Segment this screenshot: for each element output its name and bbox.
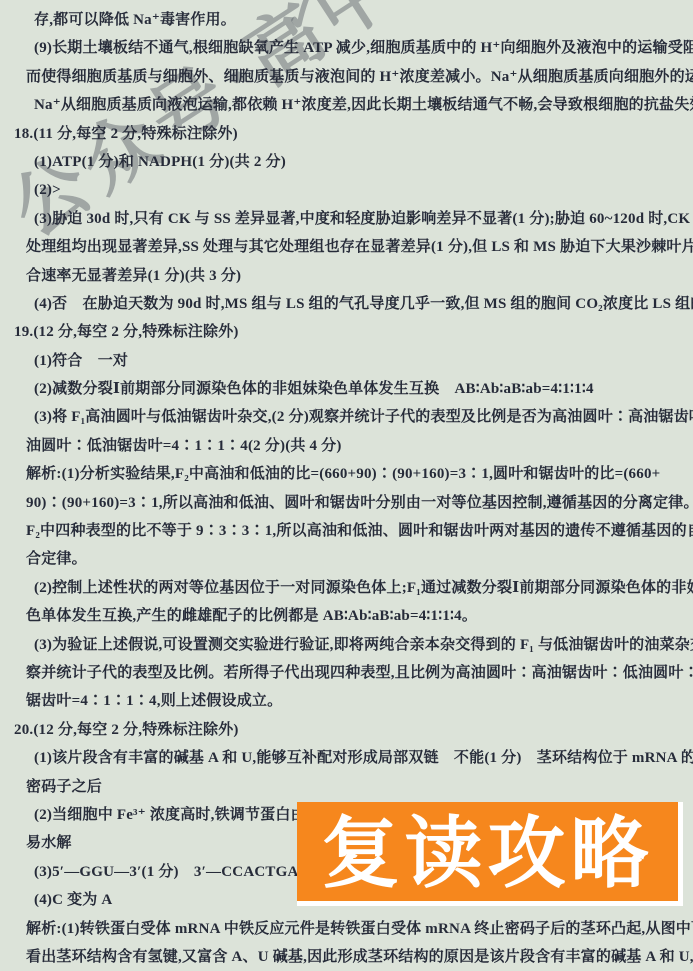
text-line: 20.(12 分,每空 2 分,特殊标注除外) (0, 716, 693, 744)
text-line: 油圆叶∶低油锯齿叶=4∶1∶1∶4(2 分)(共 4 分) (0, 432, 693, 460)
text-line: (1)符合 一对 (0, 347, 693, 375)
text-line: Na⁺从细胞质基质向液泡运输,都依赖 H⁺浓度差,因此长期土壤板结通气不畅,会导… (0, 91, 693, 119)
text-line: 色单体发生互换,产生的雌雄配子的比例都是 AB∶Ab∶aB∶ab=4∶1∶1∶4… (0, 602, 693, 630)
text-line: 19.(12 分,每空 2 分,特殊标注除外) (0, 318, 693, 346)
text-line: (2)减数分裂Ⅰ前期部分同源染色体的非姐妹染色单体发生互换 AB∶Ab∶aB∶a… (0, 375, 693, 403)
text-line: 而使得细胞质基质与细胞外、细胞质基质与液泡间的 H⁺浓度差减小。Na⁺从细胞质基… (0, 63, 693, 91)
text-line: 密码子之后 (0, 773, 693, 801)
text-line: (1)该片段含有丰富的碱基 A 和 U,能够互补配对形成局部双链 不能(1 分)… (0, 744, 693, 772)
text-line: (2)控制上述性状的两对等位基因位于一对同源染色体上;F₁通过减数分裂Ⅰ前期部分… (0, 574, 693, 602)
text-line: 锯齿叶=4∶1∶1∶4,则上述假设成立。 (0, 687, 693, 715)
text-line: 合定律。 (0, 545, 693, 573)
text-line: 合速率无显著差异(1 分)(共 3 分) (0, 262, 693, 290)
promo-banner[interactable]: 复读攻略 (297, 802, 683, 906)
text-line: (2)> (0, 176, 693, 204)
text-line: 90)∶(90+160)=3∶1,所以高油和低油、圆叶和锯齿叶分别由一对等位基因… (0, 489, 693, 517)
text-line: 看出茎环结构含有氢键,又富含 A、U 碱基,因此形成茎环结构的原因是该片段含有丰… (0, 943, 693, 971)
text-line: 18.(11 分,每空 2 分,特殊标注除外) (0, 120, 693, 148)
text-line: 存,都可以降低 Na⁺毒害作用。 (0, 6, 693, 34)
text-line: (3)将 F₁高油圆叶与低油锯齿叶杂交,(2 分)观察并统计子代的表型及比例是否… (0, 403, 693, 431)
text-line: 解析:(1)分析实验结果,F₂中高油和低油的比=(660+90)∶(90+160… (0, 460, 693, 488)
text-line: F₂中四种表型的比不等于 9∶3∶3∶1,所以高油和低油、圆叶和锯齿叶两对基因的… (0, 517, 693, 545)
promo-banner-label: 复读攻略 (321, 812, 653, 892)
text-line: (3)为验证上述假说,可设置测交实验进行验证,即将两纯合亲本杂交得到的 F₁ 与… (0, 631, 693, 659)
text-line: 解析:(1)转铁蛋白受体 mRNA 中铁反应元件是转铁蛋白受体 mRNA 终止密… (0, 915, 693, 943)
text-line: 察并统计子代的表型及比例。若所得子代出现四种表型,且比例为高油圆叶∶高油锯齿叶∶… (0, 659, 693, 687)
text-line: 处理组均出现显著差异,SS 处理与其它处理组也存在显著差异(1 分),但 LS … (0, 233, 693, 261)
text-line: (1)ATP(1 分)和 NADPH(1 分)(共 2 分) (0, 148, 693, 176)
text-line: (4)否 在胁迫天数为 90d 时,MS 组与 LS 组的气孔导度几乎一致,但 … (0, 290, 693, 318)
text-line: (3)胁迫 30d 时,只有 CK 与 SS 差异显著,中度和轻度胁迫影响差异不… (0, 205, 693, 233)
text-line: (9)长期土壤板结不通气,根细胞缺氧产生 ATP 减少,细胞质基质中的 H⁺向细… (0, 34, 693, 62)
